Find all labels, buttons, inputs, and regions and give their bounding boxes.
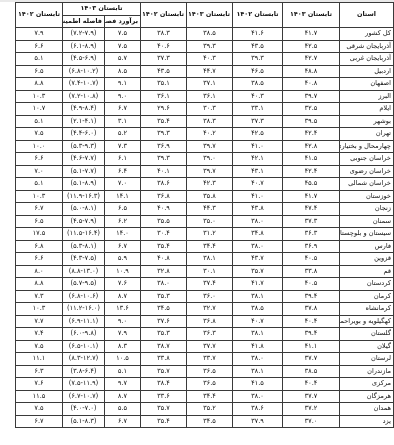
value-cell-e1402: ۳۵.۵ xyxy=(141,215,187,228)
value-cell-p1402: ۴۰.۷ xyxy=(233,178,283,191)
table-row: خراسان رضوی۴۲.۴۴۳.۱۳۹.۷۴۰.۱۶.۴(۵.۱-۷.۷)۷… xyxy=(16,165,394,178)
province-cell: مرکزی xyxy=(340,378,394,391)
value-cell-u1402: ۷.۵ xyxy=(16,403,63,416)
table-row: زنجان۴۷.۴۴۳.۸۴۴.۳۴۰.۹۶.۵(۵.۰-۸.۱)۶.۷ xyxy=(16,203,394,216)
value-cell-u_est: ۷.۵ xyxy=(105,40,141,53)
value-cell-p1403: ۴۰.۵ xyxy=(283,253,340,266)
value-cell-p1402: ۴۳.۵ xyxy=(233,40,283,53)
value-cell-p1403: ۴۸.۸ xyxy=(283,65,340,78)
table-row: سمنان۳۷.۳۳۸.۰۳۵.۰۳۵.۵۶.۲(۴.۵-۷.۹)۶.۵ xyxy=(16,215,394,228)
value-cell-e1403: ۴۴.۳ xyxy=(187,203,233,216)
value-cell-e1402: ۳۲.۸ xyxy=(141,265,187,278)
table-row: قزوین۴۰.۵۴۳.۷۳۸.۱۴۰.۸۵.۹(۴.۳-۷.۵)۶.۶ xyxy=(16,253,394,266)
value-cell-p1402: ۳۸.۰ xyxy=(233,215,283,228)
value-cell-e1402: ۳۵.۳ xyxy=(141,328,187,341)
value-cell-u_ci: (۶.۵-۱۰.۱) xyxy=(63,340,105,353)
value-cell-u_ci: (۶.۰-۹.۸) xyxy=(63,328,105,341)
value-cell-e1403: ۳۶.۱ xyxy=(187,90,233,103)
value-cell-p1403: ۳۷.۷ xyxy=(283,353,340,366)
table-row: بوشهر۳۹.۵۳۷.۳۳۸.۳۳۵.۴۳.۱(۲.۱-۴.۱)۵.۱ xyxy=(16,115,394,128)
document-page: استان تابستان ۱۴۰۳ تابستان ۱۴۰۲ تابستان … xyxy=(0,0,394,445)
value-cell-e1403: ۳۳.۷ xyxy=(187,353,233,366)
value-cell-p1402: ۳۳.۱ xyxy=(233,103,283,116)
value-cell-e1403: ۳۸.۵ xyxy=(187,28,233,41)
value-cell-e1403: ۳۲.۷ xyxy=(187,303,233,316)
value-cell-e1403: ۳۴.۴ xyxy=(187,390,233,403)
province-cell: قم xyxy=(340,265,394,278)
table-row: هرمزگان۳۷.۷۳۸.۰۳۴.۴۳۳.۶۸.۷(۶.۷-۱۰.۷)۱۱.۵ xyxy=(16,390,394,403)
value-cell-u_ci: (۶.۷-۱۰.۷) xyxy=(63,390,105,403)
value-cell-u1402: ۱۰.۳ xyxy=(16,90,63,103)
value-cell-p1403: ۴۱.۵ xyxy=(283,153,340,166)
value-cell-p1403: ۴۲.۷ xyxy=(283,53,340,66)
province-cell: خراسان شمالی xyxy=(340,178,394,191)
value-cell-e1402: ۳۹.۳ xyxy=(141,128,187,141)
value-cell-u1402: ۱۱.۱ xyxy=(16,353,63,366)
value-cell-e1402: ۴۰.۸ xyxy=(141,253,187,266)
value-cell-u1402: ۷.۳ xyxy=(16,290,63,303)
value-cell-u_est: ۶.۷ xyxy=(105,240,141,253)
value-cell-p1403: ۳۲.۵ xyxy=(283,103,340,116)
value-cell-e1402: ۳۵.۴ xyxy=(141,415,187,428)
province-cell: یزد xyxy=(340,415,394,428)
value-cell-p1403: ۴۲.۵ xyxy=(283,40,340,53)
value-cell-p1402: ۴۱.۸ xyxy=(233,340,283,353)
value-cell-u_est: ۸.۳ xyxy=(105,340,141,353)
table-row: البرز۳۹.۷۴۰.۳۳۶.۱۳۶.۱۹.۰(۷.۲-۱۰.۸)۱۰.۳ xyxy=(16,90,394,103)
province-cell: کهگیلویه و بویراحمد xyxy=(340,315,394,328)
value-cell-u_ci: (۵.۱-۸.۳) xyxy=(63,415,105,428)
value-cell-e1402: ۳۶.۱ xyxy=(141,90,187,103)
province-cell: خراسان رضوی xyxy=(340,165,394,178)
value-cell-u1402: ۶.۵ xyxy=(16,65,63,78)
value-cell-u_ci: (۴.۵-۶.۹) xyxy=(63,53,105,66)
value-cell-u_ci: (۵.۰-۸.۱) xyxy=(63,203,105,216)
value-cell-e1402: ۴۰.۹ xyxy=(141,203,187,216)
labor-force-table: استان تابستان ۱۴۰۳ تابستان ۱۴۰۲ تابستان … xyxy=(15,2,394,428)
value-cell-u1402: ۱۰.۳ xyxy=(16,190,63,203)
value-cell-u_ci: (۵.۳-۹.۳) xyxy=(63,140,105,153)
value-cell-u_ci: (۴.۹-۸.۴) xyxy=(63,103,105,116)
value-cell-e1402: ۳۳.۶ xyxy=(141,390,187,403)
header-participation-1403: تابستان ۱۴۰۳ xyxy=(283,3,340,28)
table-row: کرمان۳۹.۴۳۸.۱۳۶.۰۳۵.۳۸.۷(۶.۸-۱۰.۶)۷.۳ xyxy=(16,290,394,303)
value-cell-p1402: ۴۳.۱ xyxy=(233,165,283,178)
value-cell-u_est: ۱۴.۰ xyxy=(105,228,141,241)
value-cell-u_est: ۵.۹ xyxy=(105,253,141,266)
value-cell-e1402: ۴۰.۱ xyxy=(141,165,187,178)
value-cell-e1403: ۳۴.۴ xyxy=(187,240,233,253)
value-cell-u1402: ۶.۶ xyxy=(16,253,63,266)
value-cell-u_est: ۹.۷ xyxy=(105,378,141,391)
value-cell-u_est: ۵.۷ xyxy=(105,53,141,66)
value-cell-e1402: ۳۵.۴ xyxy=(141,115,187,128)
table-row: کردستان۴۰.۵۴۱.۷۳۷.۴۳۸.۰۷.۶(۵.۷-۹.۵)۸.۸ xyxy=(16,278,394,291)
value-cell-u_est: ۹.۱ xyxy=(105,78,141,91)
province-cell: گیلان xyxy=(340,340,394,353)
value-cell-p1402: ۴۲.۱ xyxy=(233,153,283,166)
value-cell-u_ci: (۵.۳-۸.۱) xyxy=(63,240,105,253)
table-row: مرکزی۴۰.۴۴۱.۵۳۶.۵۳۸.۴۹.۷(۷.۵-۱۱.۹)۷.۶ xyxy=(16,378,394,391)
value-cell-e1402: ۳۸.۶ xyxy=(141,178,187,191)
value-cell-e1402: ۳۷.۶ xyxy=(141,315,187,328)
value-cell-e1403: ۳۵.۸ xyxy=(187,190,233,203)
value-cell-u_ci: (۷.۵-۱۱.۹) xyxy=(63,378,105,391)
table-row: سیستان و بلوچستان۳۶.۳۳۴.۸۳۱.۲۳۰.۴۱۴.۰(۱۱… xyxy=(16,228,394,241)
value-cell-e1402: ۳۰.۴ xyxy=(141,228,187,241)
value-cell-u_est: ۱۴.۱ xyxy=(105,190,141,203)
value-cell-e1402: ۳۸.۴ xyxy=(141,378,187,391)
value-cell-p1403: ۳۷.۰ xyxy=(283,415,340,428)
value-cell-u1402: ۶.۳ xyxy=(16,365,63,378)
value-cell-p1402: ۴۱.۰ xyxy=(233,140,283,153)
province-cell: آذربایجان غربی xyxy=(340,53,394,66)
value-cell-e1403: ۳۰.۱ xyxy=(187,265,233,278)
value-cell-e1402: ۳۵.۳ xyxy=(141,290,187,303)
province-cell: سمنان xyxy=(340,215,394,228)
value-cell-u1402: ۱۰.۷ xyxy=(16,103,63,116)
header-confidence-interval: فاصله اطمینان ۹۵٪ xyxy=(63,15,105,28)
value-cell-p1402: ۴۳.۷ xyxy=(233,253,283,266)
value-cell-p1403: ۴۱.۱ xyxy=(283,340,340,353)
value-cell-u1402: ۱۰.۰ xyxy=(16,140,63,153)
value-cell-u_ci: (۶.۸-۱۰.۶) xyxy=(63,290,105,303)
province-cell: ایلام xyxy=(340,103,394,116)
province-cell: چهارمحال و بختیاری xyxy=(340,140,394,153)
value-cell-u_est: ۷.۹ xyxy=(105,328,141,341)
value-cell-e1403: ۳۹.۷ xyxy=(187,165,233,178)
value-cell-p1402: ۳۹.۳ xyxy=(233,53,283,66)
value-cell-p1402: ۳۸.۵ xyxy=(233,78,283,91)
value-cell-e1403: ۳۹.۷ xyxy=(187,140,233,153)
table-row: خراسان جنوبی۴۱.۵۴۲.۱۳۹.۰۳۹.۳۶.۱(۴.۶-۷.۷)… xyxy=(16,153,394,166)
value-cell-u1402: ۵.۱ xyxy=(16,115,63,128)
value-cell-p1403: ۴۰.۴ xyxy=(283,378,340,391)
table-row: گیلان۴۱.۱۴۱.۸۳۷.۷۳۸.۷۸.۳(۶.۵-۱۰.۱)۷.۵ xyxy=(16,340,394,353)
table-row: قم۳۳.۸۳۵.۷۳۰.۱۳۲.۸۱۰.۹(۸.۸-۱۳.۰)۸.۰ xyxy=(16,265,394,278)
value-cell-u1402: ۵.۱ xyxy=(16,178,63,191)
value-cell-u1402: ۶.۷ xyxy=(16,203,63,216)
value-cell-p1403: ۴۵.۵ xyxy=(283,178,340,191)
value-cell-u_est: ۵.۵ xyxy=(105,403,141,416)
value-cell-e1402: ۳۵.۷ xyxy=(141,403,187,416)
province-cell: گلستان xyxy=(340,328,394,341)
table-row: آذربایجان شرقی۴۲.۵۴۳.۵۳۹.۳۴۰.۶۷.۵(۶.۱-۸.… xyxy=(16,40,394,53)
province-cell: لرستان xyxy=(340,353,394,366)
value-cell-u_ci: (۷.۲-۱۰.۸) xyxy=(63,90,105,103)
table-row: کهگیلویه و بویراحمد۴۰.۴۴۰.۷۳۶.۸۳۷.۶۹.۰(۶… xyxy=(16,315,394,328)
value-cell-p1403: ۳۸.۵ xyxy=(283,365,340,378)
value-cell-u_ci: (۸.۳-۱۲.۷) xyxy=(63,353,105,366)
value-cell-u1402: ۷.۶ xyxy=(16,378,63,391)
province-cell: خوزستان xyxy=(340,190,394,203)
value-cell-e1403: ۳۰.۳ xyxy=(187,103,233,116)
province-cell: کردستان xyxy=(340,278,394,291)
value-cell-u_est: ۶.۲ xyxy=(105,215,141,228)
value-cell-u_ci: (۵.۱-۷.۷) xyxy=(63,165,105,178)
province-cell: فارس xyxy=(340,240,394,253)
value-cell-p1403: ۴۰.۵ xyxy=(283,278,340,291)
value-cell-u_est: ۱۰.۹ xyxy=(105,265,141,278)
value-cell-p1403: ۳۳.۸ xyxy=(283,265,340,278)
value-cell-p1402: ۳۴.۸ xyxy=(233,228,283,241)
value-cell-u_ci: (۱۱.۵-۱۶.۴) xyxy=(63,228,105,241)
value-cell-u_ci: (۱۱.۹-۱۶.۳) xyxy=(63,190,105,203)
value-cell-p1402: ۳۷.۳ xyxy=(233,115,283,128)
value-cell-p1402: ۳۷.۹ xyxy=(233,415,283,428)
value-cell-p1402: ۳۸.۱ xyxy=(233,328,283,341)
value-cell-e1402: ۳۶.۹ xyxy=(141,140,187,153)
value-cell-u_est: ۸.۷ xyxy=(105,390,141,403)
table-header: استان تابستان ۱۴۰۳ تابستان ۱۴۰۲ تابستان … xyxy=(16,3,394,28)
value-cell-u_est: ۵.۱ xyxy=(105,365,141,378)
value-cell-e1403: ۴۰.۲ xyxy=(187,128,233,141)
value-cell-p1402: ۳۸.۱ xyxy=(233,290,283,303)
province-cell: آذربایجان شرقی xyxy=(340,40,394,53)
value-cell-p1402: ۴۱.۷ xyxy=(233,278,283,291)
value-cell-p1402: ۳۸.۰ xyxy=(233,353,283,366)
value-cell-u_est: ۳.۱ xyxy=(105,115,141,128)
value-cell-p1403: ۳۷.۸ xyxy=(283,303,340,316)
value-cell-p1403: ۳۶.۹ xyxy=(283,240,340,253)
value-cell-u_ci: (۲.۱-۴.۱) xyxy=(63,115,105,128)
value-cell-p1403: ۳۷.۳ xyxy=(283,215,340,228)
value-cell-u1402: ۷.۷ xyxy=(16,315,63,328)
value-cell-e1403: ۳۷.۴ xyxy=(187,278,233,291)
value-cell-u_est: ۶.۷ xyxy=(105,415,141,428)
province-cell: همدان xyxy=(340,403,394,416)
value-cell-u_ci: (۴.۳-۷.۵) xyxy=(63,253,105,266)
value-cell-u_est: ۶.۴ xyxy=(105,165,141,178)
value-cell-u_ci: (۱۱.۲-۱۶.۰) xyxy=(63,303,105,316)
province-cell: مازندران xyxy=(340,365,394,378)
value-cell-e1402: ۴۰.۶ xyxy=(141,40,187,53)
value-cell-e1403: ۴۰.۳ xyxy=(187,53,233,66)
table-row: ایلام۳۲.۵۳۳.۱۳۰.۳۲۹.۶۶.۷(۴.۹-۸.۴)۱۰.۷ xyxy=(16,103,394,116)
value-cell-e1402: ۳۳.۸ xyxy=(141,353,187,366)
value-cell-p1403: ۴۰.۴ xyxy=(283,315,340,328)
value-cell-p1402: ۳۸.۱ xyxy=(233,365,283,378)
value-cell-u_ci: (۷.۴-۱۰.۷) xyxy=(63,78,105,91)
value-cell-u1402: ۶.۵ xyxy=(16,215,63,228)
value-cell-p1403: ۴۱.۷ xyxy=(283,28,340,41)
value-cell-e1403: ۳۶.۰ xyxy=(187,290,233,303)
table-row: اردبیل۴۸.۸۴۶.۵۴۴.۷۴۳.۵۸.۵(۶.۸-۱۰.۲)۶.۵ xyxy=(16,65,394,78)
header-employment-1403: تابستان ۱۴۰۳ xyxy=(187,3,233,28)
value-cell-p1403: ۴۲.۸ xyxy=(283,140,340,153)
value-cell-e1402: ۳۵.۷ xyxy=(141,365,187,378)
value-cell-u_ci: (۵.۷-۹.۵) xyxy=(63,278,105,291)
value-cell-p1402: ۴۶.۵ xyxy=(233,65,283,78)
value-cell-e1402: ۳۸.۰ xyxy=(141,278,187,291)
value-cell-p1403: ۴۰.۸ xyxy=(283,78,340,91)
header-unemployment-group-1403: تابستان ۱۴۰۳ xyxy=(63,3,141,16)
value-cell-e1403: ۳۷.۱ xyxy=(187,78,233,91)
value-cell-p1402: ۳۸.۵ xyxy=(233,303,283,316)
value-cell-u_ci: (۴.۶-۷.۷) xyxy=(63,153,105,166)
table-row: کل کشور۴۱.۷۴۱.۶۳۸.۵۳۸.۳۷.۵(۷.۲-۷.۹)۷.۹ xyxy=(16,28,394,41)
province-cell: قزوین xyxy=(340,253,394,266)
value-cell-p1403: ۴۷.۴ xyxy=(283,203,340,216)
value-cell-e1403: ۳۶.۵ xyxy=(187,378,233,391)
value-cell-p1402: ۳۸.۰ xyxy=(233,240,283,253)
value-cell-e1403: ۴۴.۷ xyxy=(187,65,233,78)
value-cell-u_est: ۷.۰ xyxy=(105,178,141,191)
value-cell-u_est: ۶.۱ xyxy=(105,153,141,166)
value-cell-e1403: ۳۸.۱ xyxy=(187,253,233,266)
value-cell-u1402: ۷.۵ xyxy=(16,340,63,353)
value-cell-u_ci: (۴.۰-۷.۰) xyxy=(63,403,105,416)
value-cell-u_est: ۶.۵ xyxy=(105,203,141,216)
value-cell-u_est: ۷.۵ xyxy=(105,28,141,41)
value-cell-p1403: ۳۹.۷ xyxy=(283,90,340,103)
value-cell-u_est: ۸.۷ xyxy=(105,290,141,303)
value-cell-u1402: ۱۱.۵ xyxy=(16,390,63,403)
value-cell-u_ci: (۶.۱-۸.۹) xyxy=(63,40,105,53)
value-cell-p1402: ۴۰.۳ xyxy=(233,90,283,103)
table-row: چهارمحال و بختیاری۴۲.۸۴۱.۰۳۹.۷۳۶.۹۷.۳(۵.… xyxy=(16,140,394,153)
value-cell-p1403: ۴۲.۴ xyxy=(283,128,340,141)
value-cell-p1402: ۴۳.۸ xyxy=(233,203,283,216)
table-row: کرمانشاه۳۷.۸۳۸.۵۳۲.۷۳۴.۵۱۳.۶(۱۱.۲-۱۶.۰)۱… xyxy=(16,303,394,316)
province-cell: کرمان xyxy=(340,290,394,303)
value-cell-e1402: ۳۸.۳ xyxy=(141,28,187,41)
table-row: خوزستان۴۱.۷۴۱.۰۳۵.۸۳۶.۸۱۴.۱(۱۱.۹-۱۶.۳)۱۰… xyxy=(16,190,394,203)
value-cell-u1402: ۶.۷ xyxy=(16,415,63,428)
value-cell-p1402: ۴۱.۰ xyxy=(233,190,283,203)
province-cell: تهران xyxy=(340,128,394,141)
value-cell-e1403: ۳۶.۸ xyxy=(187,315,233,328)
value-cell-e1402: ۳۷.۳ xyxy=(141,53,187,66)
value-cell-e1403: ۳۹.۳ xyxy=(187,40,233,53)
table-row: آذربایجان غربی۴۲.۷۳۹.۳۴۰.۳۳۷.۳۵.۷(۴.۵-۶.… xyxy=(16,53,394,66)
value-cell-u_ci: (۶.۸-۱۰.۲) xyxy=(63,65,105,78)
province-cell: البرز xyxy=(340,90,394,103)
value-cell-e1402: ۳۶.۸ xyxy=(141,190,187,203)
header-unemployment-1402: تابستان ۱۴۰۲ xyxy=(16,3,63,28)
value-cell-u1402: ۸.۸ xyxy=(16,278,63,291)
value-cell-e1402: ۳۹.۳ xyxy=(141,153,187,166)
value-cell-u_est: ۱۰.۵ xyxy=(105,353,141,366)
table-row: مازندران۳۸.۵۳۸.۱۳۶.۵۳۵.۷۵.۱(۳.۸-۶.۴)۶.۳ xyxy=(16,365,394,378)
value-cell-e1403: ۳۴.۵ xyxy=(187,415,233,428)
province-cell: بوشهر xyxy=(340,115,394,128)
value-cell-p1403: ۳۹.۴ xyxy=(283,328,340,341)
value-cell-u1402: ۷.۰ xyxy=(16,165,63,178)
value-cell-u_est: ۹.۰ xyxy=(105,315,141,328)
header-participation-1402: تابستان ۱۴۰۲ xyxy=(233,3,283,28)
value-cell-p1403: ۴۱.۷ xyxy=(283,190,340,203)
value-cell-u_ci: (۷.۲-۷.۹) xyxy=(63,28,105,41)
value-cell-e1403: ۳۶.۵ xyxy=(187,365,233,378)
value-cell-u_ci: (۶.۹-۱۱.۱) xyxy=(63,315,105,328)
province-cell: سیستان و بلوچستان xyxy=(340,228,394,241)
value-cell-u_ci: (۴.۵-۷.۹) xyxy=(63,215,105,228)
value-cell-p1403: ۳۷.۲ xyxy=(283,403,340,416)
header-employment-1402: تابستان ۱۴۰۲ xyxy=(141,3,187,28)
table-row: لرستان۳۷.۷۳۸.۰۳۳.۷۳۳.۸۱۰.۵(۸.۳-۱۲.۷)۱۱.۱ xyxy=(16,353,394,366)
value-cell-e1402: ۳۵.۱ xyxy=(141,78,187,91)
province-cell: کرمانشاه xyxy=(340,303,394,316)
province-cell: اصفهان xyxy=(340,78,394,91)
province-cell: خراسان جنوبی xyxy=(340,153,394,166)
value-cell-e1402: ۲۹.۶ xyxy=(141,103,187,116)
value-cell-u_ci: (۳.۸-۶.۴) xyxy=(63,365,105,378)
value-cell-u1402: ۶.۶ xyxy=(16,153,63,166)
table-row: خراسان شمالی۴۵.۵۴۰.۷۴۲.۳۳۸.۶۷.۰(۵.۱-۸.۹)… xyxy=(16,178,394,191)
value-cell-u_est: ۱۳.۶ xyxy=(105,303,141,316)
value-cell-e1402: ۳۸.۷ xyxy=(141,340,187,353)
value-cell-e1403: ۳۵.۰ xyxy=(187,215,233,228)
value-cell-u1402: ۵.۱ xyxy=(16,53,63,66)
value-cell-u1402: ۷.۴ xyxy=(16,328,63,341)
value-cell-e1403: ۴۲.۳ xyxy=(187,178,233,191)
value-cell-p1403: ۳۹.۵ xyxy=(283,115,340,128)
value-cell-e1403: ۳۶.۳ xyxy=(187,328,233,341)
value-cell-u_ci: (۸.۸-۱۳.۰) xyxy=(63,265,105,278)
value-cell-e1403: ۳۹.۰ xyxy=(187,153,233,166)
value-cell-p1402: ۴۱.۵ xyxy=(233,378,283,391)
value-cell-p1402: ۴۲.۵ xyxy=(233,128,283,141)
value-cell-u_est: ۷.۳ xyxy=(105,140,141,153)
table-row: فارس۳۶.۹۳۸.۰۳۴.۴۳۵.۴۶.۷(۵.۳-۸.۱)۶.۸ xyxy=(16,240,394,253)
table-row: اصفهان۴۰.۸۳۸.۵۳۷.۱۳۵.۱۹.۱(۷.۴-۱۰.۷)۸.۸ xyxy=(16,78,394,91)
table-row: گلستان۳۹.۴۳۸.۱۳۶.۳۳۵.۳۷.۹(۶.۰-۹.۸)۷.۴ xyxy=(16,328,394,341)
value-cell-u_ci: (۵.۱-۸.۹) xyxy=(63,178,105,191)
value-cell-u1402: ۶.۶ xyxy=(16,40,63,53)
value-cell-p1402: ۴۱.۶ xyxy=(233,28,283,41)
table-body: کل کشور۴۱.۷۴۱.۶۳۸.۵۳۸.۳۷.۵(۷.۲-۷.۹)۷.۹آذ… xyxy=(16,28,394,428)
value-cell-e1402: ۳۴.۵ xyxy=(141,303,187,316)
header-seasonal-estimate: برآورد فصلی xyxy=(105,15,141,28)
value-cell-p1403: ۴۲.۴ xyxy=(283,165,340,178)
value-cell-p1403: ۳۶.۳ xyxy=(283,228,340,241)
value-cell-u_est: ۶.۷ xyxy=(105,103,141,116)
table-row: تهران۴۲.۴۴۲.۵۴۰.۲۳۹.۳۵.۲(۴.۴-۶.۰)۷.۵ xyxy=(16,128,394,141)
value-cell-p1402: ۳۵.۷ xyxy=(233,265,283,278)
value-cell-u_est: ۸.۵ xyxy=(105,65,141,78)
value-cell-e1403: ۳۵.۲ xyxy=(187,403,233,416)
province-cell: اردبیل xyxy=(340,65,394,78)
value-cell-u1402: ۸.۸ xyxy=(16,78,63,91)
value-cell-u_est: ۵.۲ xyxy=(105,128,141,141)
value-cell-p1402: ۳۸.۶ xyxy=(233,403,283,416)
value-cell-u1402: ۱۰.۳ xyxy=(16,303,63,316)
value-cell-e1403: ۳۱.۲ xyxy=(187,228,233,241)
value-cell-u1402: ۱۷.۵ xyxy=(16,228,63,241)
table-row: یزد۳۷.۰۳۷.۹۳۴.۵۳۵.۴۶.۷(۵.۱-۸.۳)۶.۷ xyxy=(16,415,394,428)
value-cell-p1402: ۴۰.۷ xyxy=(233,315,283,328)
value-cell-p1403: ۳۹.۴ xyxy=(283,290,340,303)
value-cell-p1402: ۳۸.۰ xyxy=(233,390,283,403)
value-cell-u1402: ۸.۰ xyxy=(16,265,63,278)
value-cell-u1402: ۶.۸ xyxy=(16,240,63,253)
province-cell: کل کشور xyxy=(340,28,394,41)
value-cell-u_ci: (۴.۴-۶.۰) xyxy=(63,128,105,141)
province-cell: زنجان xyxy=(340,203,394,216)
province-cell: هرمزگان xyxy=(340,390,394,403)
value-cell-e1402: ۴۳.۵ xyxy=(141,65,187,78)
value-cell-p1403: ۳۷.۷ xyxy=(283,390,340,403)
value-cell-u_est: ۹.۰ xyxy=(105,90,141,103)
value-cell-u1402: ۷.۵ xyxy=(16,128,63,141)
value-cell-e1403: ۳۸.۳ xyxy=(187,115,233,128)
table-row: همدان۳۷.۲۳۸.۶۳۵.۲۳۵.۷۵.۵(۴.۰-۷.۰)۷.۵ xyxy=(16,403,394,416)
value-cell-e1402: ۳۵.۴ xyxy=(141,240,187,253)
header-province: استان xyxy=(340,3,394,28)
value-cell-e1403: ۳۷.۷ xyxy=(187,340,233,353)
value-cell-u1402: ۷.۹ xyxy=(16,28,63,41)
